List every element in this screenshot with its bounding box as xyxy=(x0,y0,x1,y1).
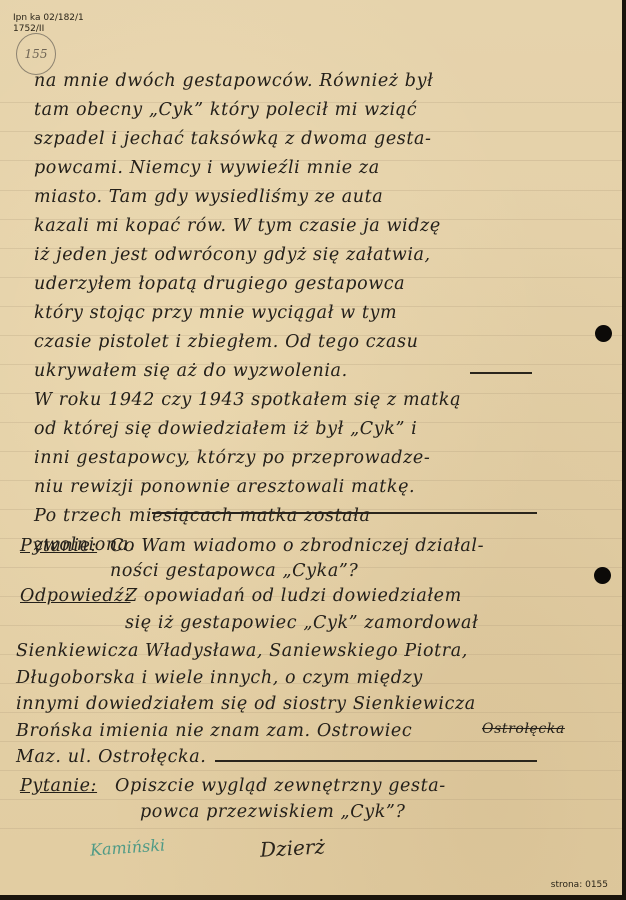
text-line: szpadel i jechać taksówką z dwoma gesta- xyxy=(34,129,432,149)
ruled-line xyxy=(0,799,622,800)
answer-text-line: Z opowiadań od ludzi dowiedziałem xyxy=(125,586,462,606)
text-line: który stojąc przy mnie wyciągał w tym xyxy=(34,303,397,323)
archive-ref-line-1: Ipn ka 02/182/1 xyxy=(13,13,84,24)
ruled-line xyxy=(0,828,622,829)
text-line: od której się dowiedziałem iż był „Cyk” … xyxy=(34,419,417,439)
answer-text-line: Długoborska i wiele innych, o czym międz… xyxy=(16,668,423,688)
strikeout-text: Ostrołęcka xyxy=(482,721,565,737)
text-line: iż jeden jest odwrócony gdyż się załatwi… xyxy=(34,245,431,265)
question-text-line: Opiszcie wygląd zewnętrzny gesta- xyxy=(115,776,446,796)
line-end-stroke xyxy=(152,512,537,514)
text-line: na mnie dwóch gestapowców. Również był xyxy=(34,71,433,91)
answer-text-line: się iż gestapowiec „Cyk” zamordował xyxy=(125,613,478,633)
question-label: Pytanie: xyxy=(20,536,97,556)
line-end-stroke xyxy=(470,372,532,374)
text-line: Po trzech miesiącach matka została xyxy=(34,506,371,526)
text-line: W roku 1942 czy 1943 spotkałem się z mat… xyxy=(34,390,461,410)
text-line: miasto. Tam gdy wysiedliśmy ze auta xyxy=(34,187,383,207)
answer-text-line: innymi dowiedziałem się od siostry Sienk… xyxy=(16,694,476,714)
ruled-line xyxy=(0,770,622,771)
question-text-line: powca przezwiskiem „Cyk”? xyxy=(140,802,405,822)
text-line: czasie pistolet i zbiegłem. Od tego czas… xyxy=(34,332,418,352)
answer-text-line: Sienkiewicza Władysława, Saniewskiego Pi… xyxy=(16,641,468,661)
answer-label: Odpowiedź: xyxy=(20,586,131,606)
question-text-line: Co Wam wiadomo o zbrodniczej działal- xyxy=(110,536,484,556)
answer-text-line: Maz. ul. Ostrołęcka. xyxy=(16,747,206,767)
text-line: niu rewizji ponownie aresztowali matkę. xyxy=(34,477,415,497)
scan-edge xyxy=(622,0,626,900)
text-line: kazali mi kopać rów. W tym czasie ja wid… xyxy=(34,216,441,236)
document-page: Ipn ka 02/182/1 1752/II 155 na mnie dwóc… xyxy=(0,0,622,895)
answer-text-line: Brońska imienia nie znam zam. Ostrowiec xyxy=(16,721,412,741)
line-end-stroke xyxy=(215,760,537,762)
text-line: tam obecny „Cyk” który polecił mi wziąć xyxy=(34,100,417,120)
ruled-line xyxy=(0,741,622,742)
punch-hole xyxy=(595,325,612,342)
text-line: ukrywałem się aż do wyzwolenia. xyxy=(34,361,348,381)
page-number: strona: 0155 xyxy=(551,880,608,890)
page-stamp: 155 xyxy=(16,33,56,75)
question-text-line: ności gestapowca „Cyka”? xyxy=(110,561,358,581)
text-line: inni gestapowcy, którzy po przeprowadze- xyxy=(34,448,430,468)
text-line: uderzyłem łopatą drugiego gestapowca xyxy=(34,274,405,294)
question-label: Pytanie: xyxy=(20,776,97,796)
archive-reference: Ipn ka 02/182/1 1752/II xyxy=(13,13,84,35)
punch-hole xyxy=(594,567,611,584)
archive-ref-line-2: 1752/II xyxy=(13,24,84,35)
text-line: powcami. Niemcy i wywieźli mnie za xyxy=(34,158,380,178)
signature-black: Dzierż xyxy=(259,834,325,861)
signature-green: Kamiński xyxy=(89,835,165,859)
